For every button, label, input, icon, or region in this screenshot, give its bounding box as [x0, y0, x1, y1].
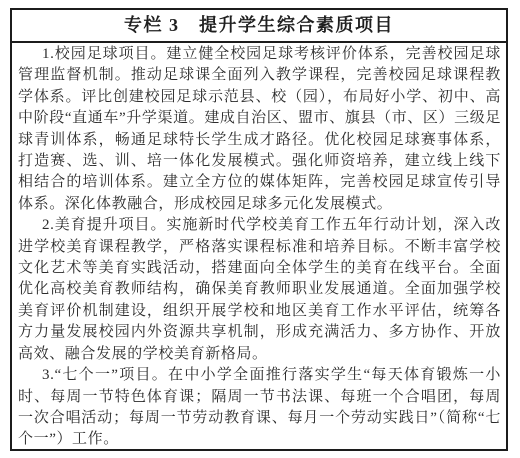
paragraph-campus-football: 1.校园足球项目。建立健全校园足球考核评价体系，完善校园足球管理监督机制。推动足… [18, 44, 501, 215]
panel-title: 专栏 3 提升学生综合素质项目 [12, 10, 506, 43]
column-box: 专栏 3 提升学生综合素质项目 1.校园足球项目。建立健全校园足球考核评价体系，… [10, 8, 508, 451]
paragraph-seven-ones: 3.“七个一”项目。在中小学全面推行落实学生“每天体育锻炼一小时、每周一节特色体… [18, 365, 501, 451]
paragraph-aesthetic-education: 2.美育提升项目。实施新时代学校美育工作五年行动计划，深入改进学校美育课程教学，… [18, 215, 501, 365]
document-page: 专栏 3 提升学生综合素质项目 1.校园足球项目。建立健全校园足球考核评价体系，… [0, 0, 520, 458]
panel-body: 1.校园足球项目。建立健全校园足球考核评价体系，完善校园足球管理监督机制。推动足… [12, 43, 506, 454]
